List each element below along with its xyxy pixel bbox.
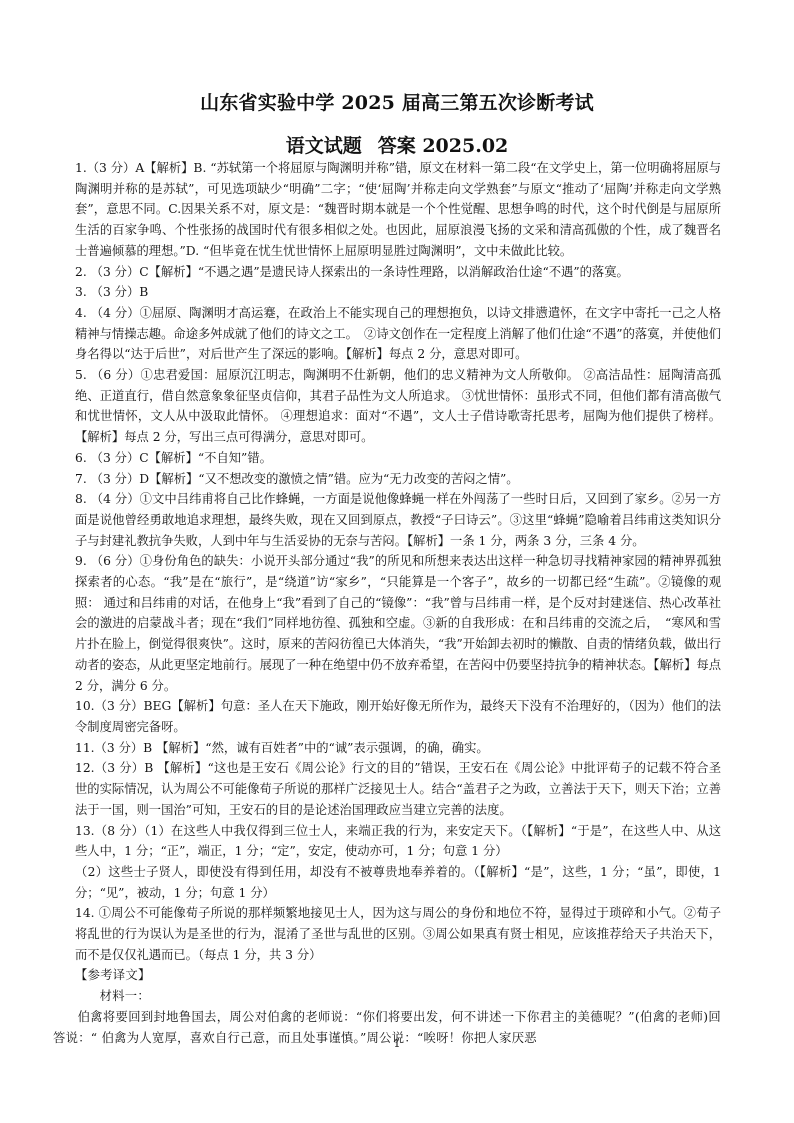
page-number: 1	[0, 1037, 794, 1050]
answer-item-14: 14. ①周公不可能像荀子所说的那样频繁地接见士人，因为这与周公的身份和地位不符…	[75, 903, 721, 965]
exam-subtitle: 语文试题答案 2025.02	[0, 131, 794, 158]
answer-item-5: 5. （6 分）①忠君爱国：屈原沉江明志，陶渊明不仕新朝，他们的忠义精神为文人所…	[75, 365, 721, 448]
answer-item-9: 9. （6 分）①身份角色的缺失：小说开头部分通过“我”的所见和所想来表达出这样…	[75, 551, 721, 696]
answer-item-11: 11.（3 分）B 【解析】“然，诚有百姓者”中的“诚”表示强调，的确，确实。	[75, 738, 721, 759]
answer-item-12: 12.（3 分）B 【解析】“这也是王安石《周公论》行文的目的”错误，王安石在《…	[75, 758, 721, 820]
answer-item-4: 4. （4 分）①屈原、陶渊明才高运蹇，在政治上不能实现自己的理想抱负，以诗文排…	[75, 303, 721, 365]
subject-label: 语文试题	[286, 135, 362, 157]
answer-date-label: 答案 2025.02	[378, 135, 509, 157]
answer-item-7: 7. （3 分）D【解析】“又不想改变的激愤之情”错。应为“无力改变的苦闷之情”…	[75, 469, 721, 490]
answer-item-3: 3. （3 分）B	[75, 282, 721, 303]
document-page: 山东省实验中学 2025 届高三第五次诊断考试 语文试题答案 2025.02 1…	[0, 0, 794, 1123]
exam-title: 山东省实验中学 2025 届高三第五次诊断考试	[0, 88, 794, 115]
answer-item-10: 10.（3 分）BEG【解析】句意：圣人在天下施政，刚开始好像无所作为，最终天下…	[75, 696, 721, 737]
answer-body: 1.（3 分）A【解析】B. “苏轼第一个将屈原与陶渊明并称”错，原文在材料一第…	[75, 158, 721, 1048]
answer-item-13-part-1: 13.（8 分）（1）在这些人中我仅得到三位士人，来端正我的行为，来安定天下。（…	[75, 821, 721, 862]
answer-item-1: 1.（3 分）A【解析】B. “苏轼第一个将屈原与陶渊明并称”错，原文在材料一第…	[75, 158, 721, 262]
answer-item-2: 2. （3 分）C【解析】“不遇之遇”是遗民诗人探索出的一条诗性理路，以消解政治…	[75, 262, 721, 283]
answer-item-13-part-2: （2）这些士子贤人，即使没有得到任用，却没有不被尊贵地奉养着的。（【解析】“是”…	[75, 862, 721, 903]
material-one-label: 材料一：	[75, 986, 721, 1007]
answer-item-6: 6. （3 分）C【解析】“不自知”错。	[75, 448, 721, 469]
answer-item-8: 8. （4 分）①文中吕纬甫将自己比作蜂蝇，一方面是说他像蜂蝇一样在外闯荡了一些…	[75, 489, 721, 551]
reference-translation-label: 【参考译文】	[75, 965, 721, 986]
